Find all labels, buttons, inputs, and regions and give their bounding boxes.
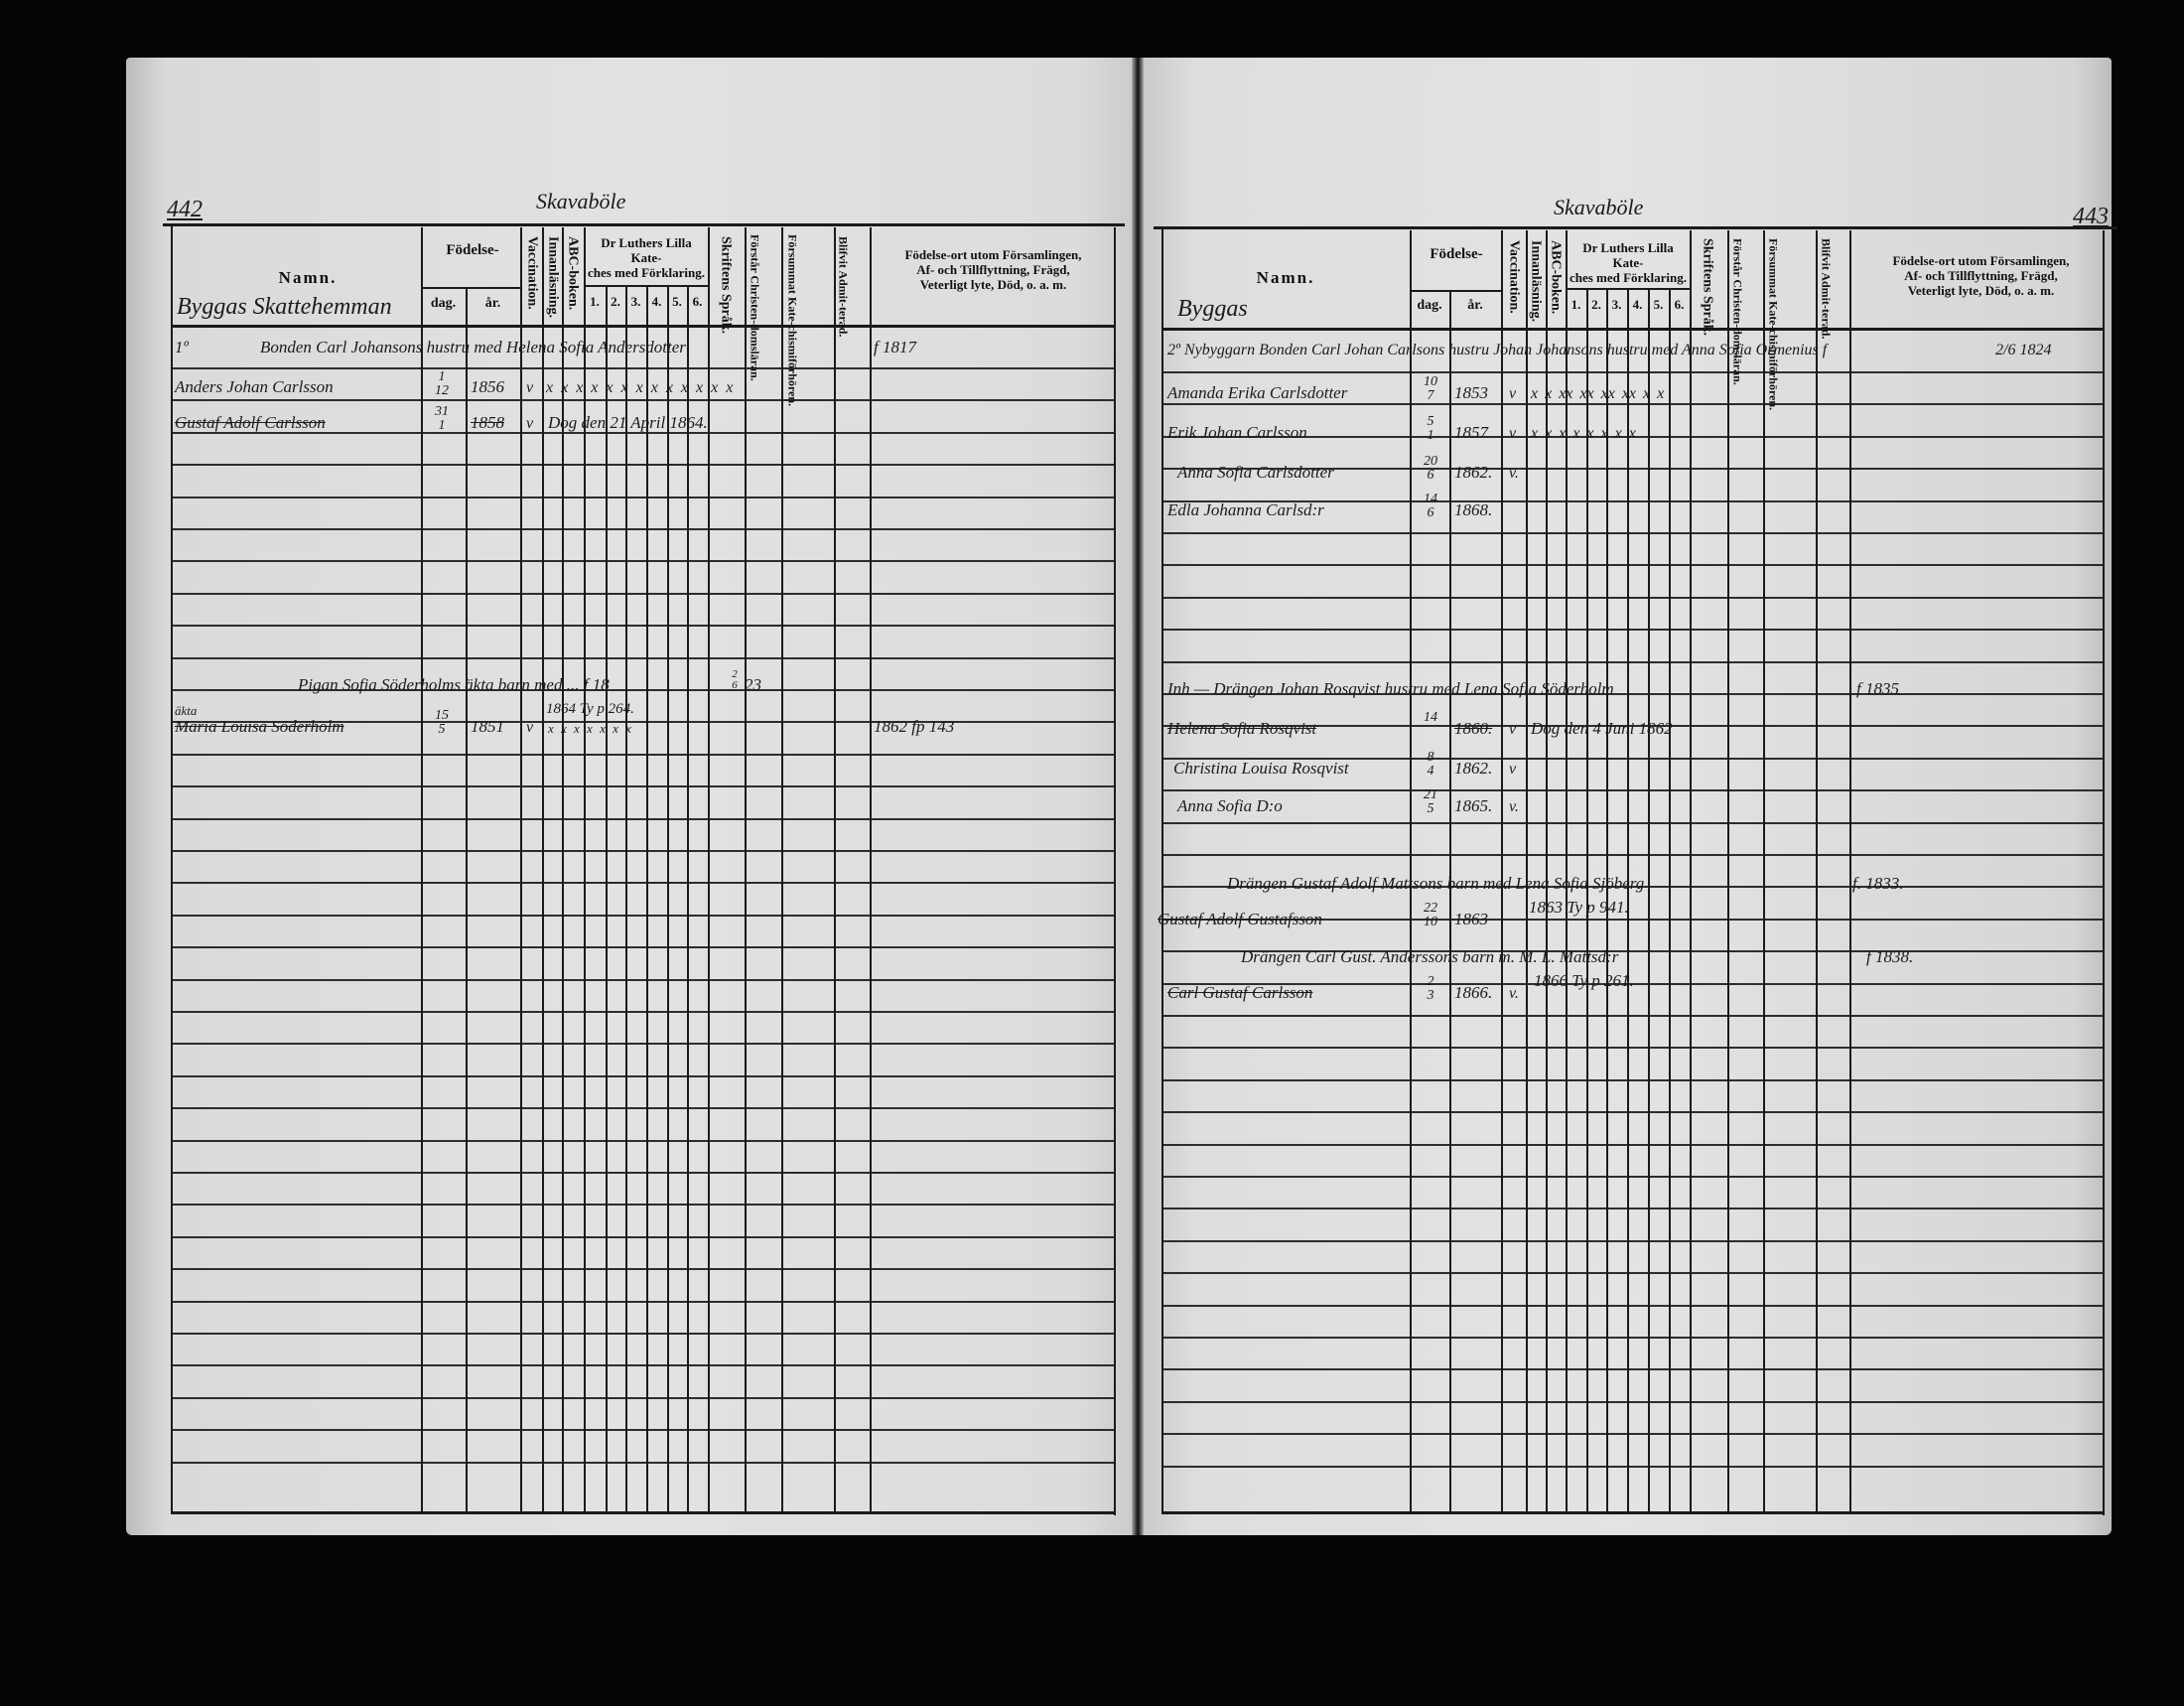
row-rule	[171, 1236, 1114, 1238]
entry-left-r8-frac: 26	[725, 669, 745, 691]
catechism-col-number: 3.	[625, 295, 646, 310]
entry-right-r16-name: Carl Gustaf Carlsson	[1167, 983, 1312, 1003]
page-number-right: 443	[2073, 204, 2109, 230]
admitted-l2: terad.	[837, 307, 851, 337]
understanding-l1: Förstår Christen-	[749, 234, 762, 324]
catechism-col-number: 4.	[1627, 298, 1648, 313]
entry-right-r0-household: 2º Nybyggarn Bonden Carl Johan Carlsons …	[1167, 342, 1827, 359]
catechism-col-number: 1.	[1566, 298, 1586, 313]
section-heading-right: Byggas	[1177, 296, 1248, 323]
entry-right-r10-date: 84	[1414, 751, 1447, 779]
entry-right-r3-name: Anna Sofia Carlsdotter	[1177, 463, 1334, 483]
column-rule	[834, 227, 836, 1511]
column-rule	[1816, 230, 1818, 1511]
admitted-l2: terad.	[1820, 309, 1834, 339]
day: 21	[1414, 788, 1447, 802]
row-rule	[1161, 1208, 2103, 1209]
entry-right-r11-name: Anna Sofia D:o	[1177, 796, 1283, 816]
entry-right-r2-year: 1857	[1454, 423, 1488, 443]
row-rule	[171, 657, 1114, 659]
entry-right-r10-year: 1862.	[1454, 759, 1492, 779]
entry-right-r14-date: 2210	[1414, 902, 1447, 929]
month: 12	[425, 384, 459, 398]
row-rule	[171, 1301, 1114, 1303]
row-rule	[1161, 1337, 2103, 1339]
entry-left-r9-vacc: v	[526, 719, 533, 737]
month: 6	[1414, 469, 1447, 483]
missed-l2: chismiförhören.	[786, 326, 800, 406]
day: 10	[1414, 375, 1447, 389]
row-rule	[171, 946, 1114, 948]
notes-l3: Veterligt lyte, Död, o. a. m.	[872, 278, 1115, 293]
column-rule	[1727, 230, 1729, 1511]
row-rule	[171, 528, 1114, 530]
month: 4	[1414, 765, 1447, 779]
entry-right-r4-date: 146	[1414, 493, 1447, 520]
month: 10	[1414, 916, 1447, 929]
entry-left-r2-year: 1858	[471, 413, 504, 433]
entry-left-r0-household: Bonden Carl Johansons hustru med Helena …	[260, 338, 686, 357]
row-rule	[1161, 629, 2103, 631]
table-top-rule	[1154, 226, 2117, 229]
entry-right-r8-household: Inh — Drängen Johan Rosqvist hustru med …	[1167, 679, 1614, 699]
header-abc-left: ABC-boken.	[565, 236, 580, 310]
entry-right-r3-year: 1862.	[1454, 463, 1492, 483]
row-rule	[1161, 1079, 2103, 1081]
header-vaccination-left: Vaccination.	[524, 236, 539, 310]
column-rule	[745, 227, 747, 1511]
column-rule	[646, 287, 648, 1511]
header-catechism-line2: ches med Förklaring.	[1567, 271, 1690, 286]
header-birth-day-left: dag.	[421, 296, 466, 312]
day: 31	[425, 405, 459, 419]
catechism-col-number: 5.	[667, 295, 687, 310]
birth-subheader-rule	[1410, 290, 1501, 292]
row-rule	[1161, 822, 2103, 824]
table-bottom-rule	[1161, 1511, 2103, 1514]
row-rule	[1161, 1176, 2103, 1178]
row-rule	[1161, 789, 2103, 791]
row-rule	[1161, 403, 2103, 405]
missed-l1: Försummat Kate-	[786, 234, 800, 326]
entry-left-r2-vacc: v	[526, 415, 533, 433]
row-rule	[171, 1011, 1114, 1013]
day: 22	[1414, 902, 1447, 916]
row-rule	[171, 1043, 1114, 1045]
entry-right-r11-date: 215	[1414, 788, 1447, 816]
entry-right-r3-date: 206	[1414, 455, 1447, 483]
column-rule	[1648, 290, 1650, 1511]
row-rule	[171, 399, 1114, 401]
entry-left-r9-date: 155	[425, 709, 459, 737]
column-rule	[667, 287, 669, 1511]
column-rule	[1501, 230, 1503, 1511]
entry-left-r9-year: 1851	[471, 717, 504, 737]
row-rule	[171, 1204, 1114, 1206]
row-rule	[171, 1140, 1114, 1142]
day: 8	[1414, 751, 1447, 765]
row-rule	[171, 979, 1114, 981]
column-rule	[870, 227, 872, 1511]
catechism-col-number: 4.	[646, 295, 667, 310]
row-rule	[171, 882, 1114, 884]
section-heading-left: Byggas Skattehemman	[177, 294, 392, 321]
entry-left-r2-name: Gustaf Adolf Carlsson	[175, 413, 326, 433]
entry-right-r2-vacc: v	[1509, 425, 1516, 443]
month: 6	[1414, 506, 1447, 520]
row-rule	[1161, 1466, 2103, 1468]
column-rule	[520, 227, 522, 1511]
column-rule	[466, 287, 468, 1511]
entry-right-r16-vacc: v.	[1509, 985, 1519, 1003]
column-rule	[1690, 230, 1692, 1511]
entry-right-r1-marks: x x xx xx xx xx x x	[1531, 385, 1664, 403]
row-rule	[1161, 1272, 2103, 1274]
row-rule	[171, 464, 1114, 466]
entry-right-r11-vacc: v.	[1509, 798, 1519, 816]
entry-right-r4-year: 1868.	[1454, 500, 1492, 520]
header-birth-year-right: år.	[1449, 298, 1501, 314]
column-rule	[781, 227, 783, 1511]
header-missed-left: Försummat Kate-chismiförhören.	[786, 234, 799, 406]
frac-bottom: 6	[725, 680, 745, 691]
row-rule	[171, 1268, 1114, 1270]
entry-right-r9-vacc: v	[1509, 721, 1516, 739]
entry-right-r8-notes: f 1835	[1856, 679, 1899, 699]
row-rule	[1161, 1305, 2103, 1307]
day: 14	[1414, 493, 1447, 506]
header-writing-left: Skriftens Språk.	[718, 236, 733, 334]
notes-l3: Veterligt lyte, Död, o. a. m.	[1854, 284, 2108, 299]
column-rule	[1449, 290, 1451, 1511]
header-notes-left: Födelse-ort utom Församlingen, Af- och T…	[872, 248, 1115, 293]
row-rule	[1161, 597, 2103, 599]
row-rule	[1161, 1047, 2103, 1049]
place-heading-left: Skavaböle	[536, 189, 625, 214]
entry-right-r14-year: 1863	[1454, 910, 1488, 929]
row-rule	[1161, 1015, 2103, 1017]
row-rule	[1161, 1240, 2103, 1242]
entry-left-r9-notes: 1862 fp 143	[874, 717, 954, 737]
column-rule	[708, 227, 710, 1511]
notes-l1: Födelse-ort utom Församlingen,	[1854, 254, 2108, 269]
book-gutter	[1132, 58, 1144, 1535]
notes-l2: Af- och Tillflyttning, Frägd,	[872, 263, 1115, 278]
header-vaccination-right: Vaccination.	[1506, 240, 1521, 314]
entry-left-r8-household: Pigan Sofia Söderholms äkta barn med ...…	[298, 675, 610, 695]
entry-right-r9-date: 14	[1414, 711, 1447, 725]
header-reading-left: Innanläsning.	[545, 236, 560, 318]
entry-right-r10-name: Christina Louisa Rosqvist	[1173, 759, 1349, 779]
catechism-col-number: 2.	[606, 295, 625, 310]
header-bottom-rule	[1161, 328, 2103, 331]
place-heading-right: Skavaböle	[1554, 195, 1643, 220]
row-rule	[1161, 532, 2103, 534]
entry-left-r0-notes: f 1817	[874, 338, 916, 357]
column-rule	[606, 287, 608, 1511]
entry-right-r9-death-note: Dog den 4 Juni 1862	[1531, 719, 1673, 739]
entry-right-r16-note: 1866 Ty p 261.	[1534, 971, 1634, 991]
missed-l1: Försummat Kate-	[1767, 238, 1781, 330]
header-catechism-line1: Dr Luthers Lilla Kate-	[585, 236, 708, 266]
entry-right-r16-date: 23	[1414, 975, 1447, 1003]
table-top-rule	[163, 223, 1125, 226]
row-rule	[1161, 1433, 2103, 1435]
header-reading-right: Innanläsning.	[1528, 240, 1543, 322]
page-number-left: 442	[167, 197, 203, 223]
day: 20	[1414, 455, 1447, 469]
row-rule	[1161, 1111, 2103, 1113]
column-rule	[1410, 230, 1412, 1511]
row-rule	[1161, 661, 2103, 663]
row-rule	[171, 367, 1114, 369]
header-catechism-right: Dr Luthers Lilla Kate- ches med Förklari…	[1567, 241, 1690, 286]
entry-right-r9-name: Helena Sofia Rosqvist	[1167, 719, 1316, 739]
entry-right-r10-vacc: v	[1509, 761, 1516, 779]
row-rule	[171, 1333, 1114, 1335]
day: 15	[425, 709, 459, 723]
month: 1	[1414, 429, 1447, 443]
column-rule	[1669, 290, 1671, 1511]
table-bottom-rule	[171, 1511, 1114, 1514]
entry-right-r13-notes: f. 1833.	[1852, 874, 1903, 894]
catechism-col-number: 6.	[687, 295, 708, 310]
header-birth-day-right: dag.	[1410, 298, 1449, 314]
entry-right-r13-household: Drängen Gustaf Adolf Mattsons barn med L…	[1227, 874, 1644, 894]
row-rule	[171, 818, 1114, 820]
entry-right-r1-name: Amanda Erika Carlsdotter	[1167, 383, 1347, 403]
entry-left-r0-head: 1º	[175, 338, 189, 357]
row-rule	[171, 1364, 1114, 1366]
row-rule	[171, 593, 1114, 595]
entry-right-r15-household: Drängen Carl Gust. Anderssons barn m. M.…	[1241, 947, 1618, 967]
header-missed-right: Försummat Kate-chismiförhören.	[1767, 238, 1780, 410]
row-rule	[171, 1429, 1114, 1431]
column-rule	[1526, 230, 1528, 1511]
admitted-l1: Blifvit Admit-	[837, 236, 851, 307]
entry-right-r2-marks: x x x x x x x x	[1531, 425, 1636, 443]
header-name-right: Namn.	[1216, 268, 1355, 288]
notes-l1: Födelse-ort utom Församlingen,	[872, 248, 1115, 263]
entry-right-r16-year: 1866.	[1454, 983, 1492, 1003]
understanding-l2: domsläran.	[749, 324, 762, 381]
entry-right-r11-year: 1865.	[1454, 796, 1492, 816]
birth-subheader-rule	[421, 287, 520, 289]
catechism-col-number: 6.	[1669, 298, 1690, 313]
row-rule	[171, 1075, 1114, 1077]
catechism-col-number: 5.	[1648, 298, 1669, 313]
entry-left-r1-marks: x x x x x x x x x x x x x	[546, 379, 734, 397]
row-rule	[1161, 1401, 2103, 1403]
column-rule	[625, 287, 627, 1511]
entry-right-r4-name: Edla Johanna Carlsd:r	[1167, 500, 1324, 520]
catechism-col-number: 3.	[1606, 298, 1627, 313]
understanding-l1: Förstår Christen-	[1731, 238, 1745, 328]
header-catechism-line2: ches med Förklaring.	[585, 266, 708, 281]
month: 3	[1414, 989, 1447, 1003]
entry-right-r14-name: Gustaf Adolf Gustafsson	[1158, 910, 1322, 929]
row-rule	[171, 1397, 1114, 1399]
column-rule	[1566, 230, 1568, 1511]
row-rule	[171, 785, 1114, 787]
column-rule	[1849, 230, 1851, 1511]
entry-left-r9-marks: x x x x x x x	[548, 721, 631, 737]
day: 5	[1414, 415, 1447, 429]
entry-right-r9-year: 1860.	[1454, 719, 1492, 739]
column-rule	[542, 227, 544, 1511]
row-rule	[1161, 854, 2103, 856]
row-rule	[171, 625, 1114, 627]
column-rule	[687, 287, 689, 1511]
column-rule	[421, 227, 423, 1511]
row-rule	[171, 915, 1114, 917]
entry-right-r2-name: Erik Johan Carlsson	[1167, 423, 1307, 443]
day: 2	[1414, 975, 1447, 989]
header-bottom-rule	[171, 325, 1114, 328]
row-rule	[171, 754, 1114, 756]
notes-right-border	[2103, 230, 2105, 1515]
row-rule	[1161, 564, 2103, 566]
header-abc-right: ABC-boken.	[1548, 240, 1563, 314]
header-birth-left: Födelse-	[425, 242, 520, 259]
header-birth-right: Födelse-	[1412, 246, 1501, 263]
header-catechism-line1: Dr Luthers Lilla Kate-	[1567, 241, 1690, 271]
row-rule	[171, 560, 1114, 562]
entry-right-r1-year: 1853	[1454, 383, 1488, 403]
month: 7	[1414, 389, 1447, 403]
entry-left-r1-year: 1856	[471, 377, 504, 397]
table-left-border	[171, 223, 173, 1511]
entry-left-r1-date: 112	[425, 370, 459, 398]
day: 1	[425, 370, 459, 384]
header-admitted-right: Blifvit Admit-terad.	[1820, 238, 1833, 339]
entry-left-r1-vacc: v	[526, 379, 533, 397]
row-rule	[1161, 1144, 2103, 1146]
catechism-col-number: 1.	[584, 295, 606, 310]
entry-right-r14-note: 1863 Ty p 941.	[1529, 898, 1629, 918]
column-rule	[1763, 230, 1765, 1511]
entry-right-r15-notes: f 1838.	[1866, 947, 1913, 967]
table-left-border	[1161, 226, 1163, 1511]
entry-left-r2-date: 311	[425, 405, 459, 433]
entry-left-r2-death-note: Dog den 21 April 1864.	[548, 413, 708, 433]
month: 5	[425, 723, 459, 737]
row-rule	[171, 1172, 1114, 1174]
column-rule	[1546, 230, 1548, 1511]
notes-l2: Af- och Tillflyttning, Frägd,	[1854, 269, 2108, 284]
entry-right-r1-vacc: v	[1509, 385, 1516, 403]
header-understanding-left: Förstår Christen-domsläran.	[749, 234, 761, 381]
row-rule	[171, 1107, 1114, 1109]
header-notes-right: Födelse-ort utom Församlingen, Af- och T…	[1854, 254, 2108, 299]
month: 5	[1414, 802, 1447, 816]
entry-right-r1-date: 107	[1414, 375, 1447, 403]
header-admitted-left: Blifvit Admit-terad.	[837, 236, 850, 337]
entry-left-r1-name: Anders Johan Carlsson	[175, 377, 334, 397]
admitted-l1: Blifvit Admit-	[1820, 238, 1834, 309]
header-birth-year-left: år.	[466, 296, 520, 312]
row-rule	[171, 497, 1114, 498]
entry-right-r2-date: 51	[1414, 415, 1447, 443]
row-rule	[171, 850, 1114, 852]
row-rule	[1161, 371, 2103, 373]
row-rule	[171, 1462, 1114, 1464]
day: 14	[1414, 711, 1447, 725]
row-rule	[1161, 1368, 2103, 1370]
entry-left-r9-name: Maria Louisa Söderholm	[175, 717, 344, 737]
entry-right-r3-vacc: v.	[1509, 465, 1519, 483]
header-understanding-right: Förstår Christen-domsläran.	[1731, 238, 1744, 385]
header-writing-right: Skriftens Språk.	[1700, 238, 1714, 336]
entry-left-r9-catechism-note: 1864 Ty p 264.	[546, 701, 634, 718]
entry-left-r8-year-tail: 23	[745, 675, 761, 695]
catechism-col-number: 2.	[1586, 298, 1606, 313]
month: 1	[425, 419, 459, 433]
entry-right-r0-date: 2/6 1824	[1995, 342, 2051, 359]
notes-right-border	[1114, 227, 1116, 1515]
header-name-left: Namn.	[238, 268, 377, 288]
header-catechism-left: Dr Luthers Lilla Kate- ches med Förklari…	[585, 236, 708, 281]
